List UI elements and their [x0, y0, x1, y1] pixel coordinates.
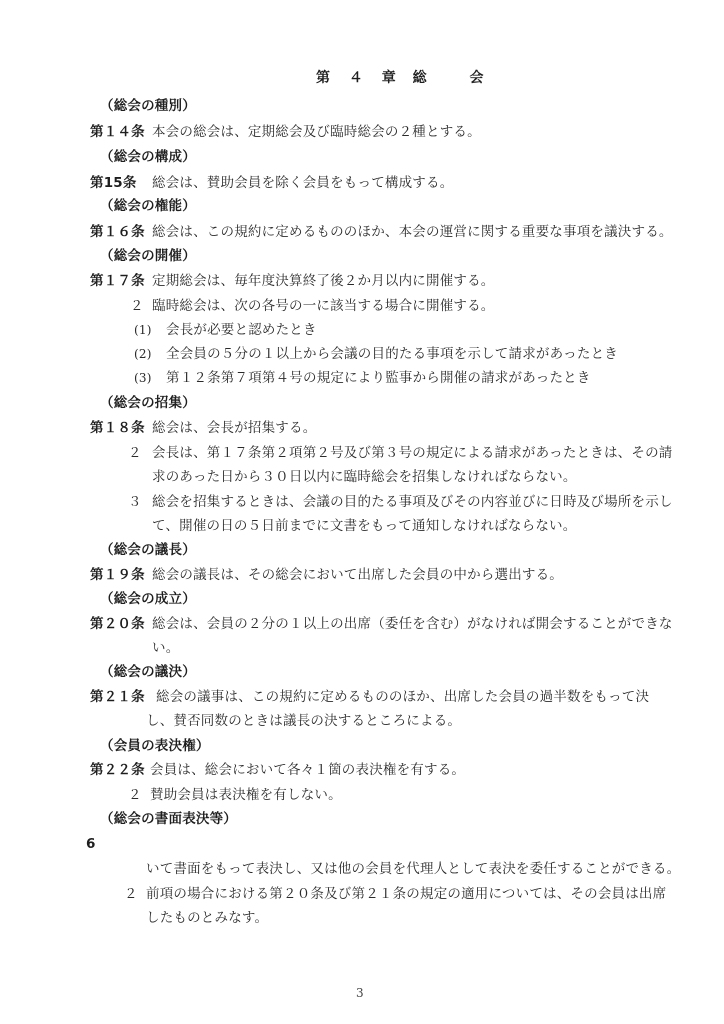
- article-label: 第15条: [90, 174, 152, 192]
- article-label: 第１７条: [90, 272, 152, 290]
- article-text: 総会の議事は、この規約に定めるもののほか、出席した会員の過半数をもって決: [156, 689, 649, 705]
- item-number: (2): [134, 345, 166, 363]
- article-20-line-2: い。: [152, 639, 179, 657]
- section-heading: （総会の構成）: [100, 148, 196, 166]
- article-label: 第１９条: [90, 566, 152, 584]
- item-number: (3): [134, 369, 166, 387]
- item-text: 第１２条第７項第４号の規定により監事から開催の請求があったとき: [166, 370, 591, 386]
- article-18-paragraph-2-line-2: 求のあった日から３０日以内に臨時総会を招集しなければならない。: [152, 468, 577, 486]
- section-heading: （総会の招集）: [100, 394, 196, 412]
- item-number: (1): [134, 321, 166, 339]
- article-23-paragraph-2-line-1: ２前項の場合における第２０条及び第２１条の規定の適用については、その会員は出席: [124, 885, 666, 903]
- chapter-title-char-2: 会: [470, 69, 485, 87]
- article-17-item-2: (2)全会員の５分の１以上から会議の目的たる事項を示して請求があったとき: [134, 345, 618, 363]
- section-heading: （総会の書面表決等）: [100, 810, 237, 828]
- article-text: 定期総会は、毎年度決算終了後２か月以内に開催する。: [152, 273, 495, 289]
- article-17-paragraph-2: ２臨時総会は、次の各号の一に該当する場合に開催する。: [130, 297, 495, 315]
- paragraph-text: 総会を招集するときは、会議の目的たる事項及びその内容並びに日時及び場所を示し: [152, 494, 673, 510]
- article-19: 第１９条総会の議長は、その総会において出席した会員の中から選出する。: [90, 566, 563, 584]
- chapter-title: 第 ４ 章 総 会: [316, 69, 485, 87]
- section-heading: （総会の開催）: [100, 247, 196, 265]
- article-21-line-2: し、賛否同数のときは議長の決するところによる。: [146, 712, 461, 730]
- paragraph-text: 会長は、第１７条第２項第２号及び第３号の規定による請求があったときは、その請: [152, 445, 672, 461]
- paragraph-text: 賛助会員は表決権を有しない。: [150, 787, 342, 803]
- article-text: 総会の議長は、その総会において出席した会員の中から選出する。: [152, 567, 563, 583]
- article-18-paragraph-3-line-2: て、開催の日の５日前までに文書をもって通知しなければならない。: [152, 517, 576, 535]
- paragraph-number: ２: [130, 297, 152, 315]
- item-text: 全会員の５分の１以上から会議の目的たる事項を示して請求があったとき: [166, 346, 618, 362]
- paragraph-text: 臨時総会は、次の各号の一に該当する場合に開催する。: [152, 298, 495, 314]
- article-23-paragraph-2-line-2: したものとみなす。: [146, 909, 268, 927]
- article-text: 総会は、賛助会員を除く会員をもって構成する。: [152, 175, 453, 191]
- section-heading: （総会の議長）: [100, 541, 196, 559]
- section-heading: （総会の成立）: [100, 590, 196, 608]
- article-label: 第２２条: [90, 761, 150, 779]
- paragraph-number: ２: [128, 786, 150, 804]
- chapter-title-char-1: 総: [413, 69, 428, 87]
- item-text: 会長が必要と認めたとき: [166, 322, 317, 338]
- section-heading: （総会の権能）: [100, 197, 196, 215]
- article-text: 総会は、この規約に定めるもののほか、本会の運営に関する重要な事項を議決する。: [152, 224, 673, 240]
- paragraph-number: ３: [128, 493, 152, 511]
- article-22-paragraph-2: ２賛助会員は表決権を有しない。: [128, 786, 342, 804]
- chapter-prefix: 第: [316, 69, 331, 87]
- article-23-line-2: いて書面をもって表決し、又は他の会員を代理人として表決を委任することができる。: [146, 860, 680, 878]
- paragraph-number: ２: [128, 444, 152, 462]
- article-label: 第１８条: [90, 419, 152, 437]
- article-17-item-3: (3)第１２条第７項第４号の規定により監事から開催の請求があったとき: [134, 369, 591, 387]
- article-16: 第１６条総会は、この規約に定めるもののほか、本会の運営に関する重要な事項を議決す…: [90, 223, 673, 241]
- article-label: 第１６条: [90, 223, 152, 241]
- article-17-item-1: (1)会長が必要と認めたとき: [134, 321, 317, 339]
- article-label: 第１４条: [90, 123, 152, 141]
- paragraph-text: 前項の場合における第２０条及び第２１条の規定の適用については、その会員は出席: [146, 886, 666, 902]
- page-number: 3: [356, 984, 364, 1002]
- article-18: 第１８条総会は、会長が招集する。: [90, 419, 316, 437]
- article-label: 第２１条: [90, 688, 156, 706]
- article-text: 本会の総会は、定期総会及び臨時総会の２種とする。: [152, 124, 481, 140]
- article-17: 第１７条定期総会は、毎年度決算終了後２か月以内に開催する。: [90, 272, 495, 290]
- article-21: 第２１条総会の議事は、この規約に定めるもののほか、出席した会員の過半数をもって決: [90, 688, 649, 706]
- section-heading: （総会の種別）: [100, 97, 196, 115]
- article-20: 第２０条総会は、会員の２分の１以上の出席（委任を含む）がなければ開会することがで…: [90, 615, 673, 633]
- article-22: 第２２条会員は、総会において各々１箇の表決権を有する。: [90, 761, 465, 779]
- chapter-suffix: 章: [382, 69, 397, 87]
- chapter-number: ４: [349, 69, 364, 87]
- article-label: 第２０条: [90, 615, 152, 633]
- article-18-paragraph-2-line-1: ２会長は、第１７条第２項第２号及び第３号の規定による請求があったときは、その請: [128, 444, 672, 462]
- article-text: 総会は、会員の２分の１以上の出席（委任を含む）がなければ開会することができな: [152, 616, 673, 632]
- section-heading: （会員の表決権）: [100, 737, 210, 755]
- article-15: 第15条総会は、賛助会員を除く会員をもって構成する。: [90, 174, 453, 192]
- article-label: 6: [86, 835, 96, 853]
- article-14: 第１４条本会の総会は、定期総会及び臨時総会の２種とする。: [90, 123, 481, 141]
- article-text: 会員は、総会において各々１箇の表決権を有する。: [150, 762, 465, 778]
- article-text: 総会は、会長が招集する。: [152, 420, 316, 436]
- paragraph-number: ２: [124, 885, 146, 903]
- document-page: 第 ４ 章 総 会 （総会の種別） 第１４条本会の総会は、定期総会及び臨時総会の…: [0, 0, 724, 1024]
- article-18-paragraph-3-line-1: ３総会を招集するときは、会議の目的たる事項及びその内容並びに日時及び場所を示し: [128, 493, 673, 511]
- section-heading: （総会の議決）: [100, 663, 196, 681]
